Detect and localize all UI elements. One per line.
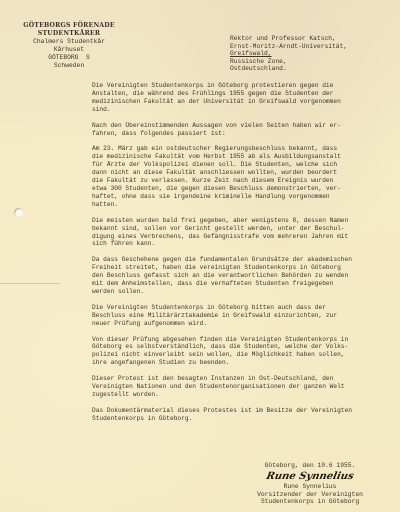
letter-closing: Göteborg, den 10.6 1955. Rune Synnelius …	[255, 462, 365, 506]
handwritten-signature: Rune Synnelius	[254, 470, 367, 483]
letter-body: Die Vereinigten Studentenkorps in Götebo…	[92, 82, 397, 431]
recipient-line: Ostdeutschland.	[230, 65, 347, 73]
paragraph: Dieser Protest ist den besagten Instanze…	[92, 375, 397, 399]
recipient-line: Rektor und Professor Katsch,	[230, 35, 347, 43]
sender-address-line: Kårhuset	[14, 46, 124, 54]
letter-page: GÖTEBORGS FÖRENADE STUDENTKÅRER Chalmers…	[0, 0, 400, 512]
signatory-title: Vorsitzender der Vereinigten	[255, 491, 365, 499]
paragraph: Die Vereinigten Studentenkorps in Götebo…	[92, 82, 397, 114]
signatory-name: Rune Synnelius	[255, 483, 365, 491]
signatory-title: Studentenkorps in Göteborg	[255, 498, 365, 506]
paragraph: Am 23. März gab ein ostdeutscher Regieru…	[92, 145, 397, 208]
sender-address-line: Chalmers Studentkår	[14, 38, 124, 46]
recipient-line: Ernst-Moritz-Arndt-Universität,	[230, 43, 347, 51]
paragraph: Nach den Übereinstimmenden Aussagen von …	[92, 122, 397, 138]
place-date: Göteborg, den 10.6 1955.	[255, 462, 365, 470]
paper-crease	[0, 283, 60, 284]
recipient-city: Greifswald,	[230, 50, 347, 58]
sender-org-line2: STUDENTKÅRER	[14, 30, 124, 38]
sender-letterhead: GÖTEBORGS FÖRENADE STUDENTKÅRER Chalmers…	[14, 22, 124, 70]
sender-address-line: GÖTEBORG S	[14, 54, 124, 62]
recipient-line: Russische Zone,	[230, 58, 347, 66]
sender-address-line: Schweden	[14, 62, 124, 70]
paragraph: Das Dokumentärmaterial dieses Protestes …	[92, 407, 397, 423]
paragraph: Von dieser Prüfung abgesehen finden die …	[92, 336, 397, 368]
paragraph: Die Vereinigten Studentenkorps in Götebo…	[92, 304, 397, 328]
sender-org-line1: GÖTEBORGS FÖRENADE	[14, 22, 124, 30]
punch-hole	[14, 208, 23, 217]
paragraph: Die meisten wurden bald frei gegeben, ab…	[92, 217, 397, 249]
recipient-address: Rektor und Professor Katsch, Ernst-Morit…	[230, 35, 347, 73]
paragraph: Da dass Geschehene gegen die fundamental…	[92, 256, 397, 296]
